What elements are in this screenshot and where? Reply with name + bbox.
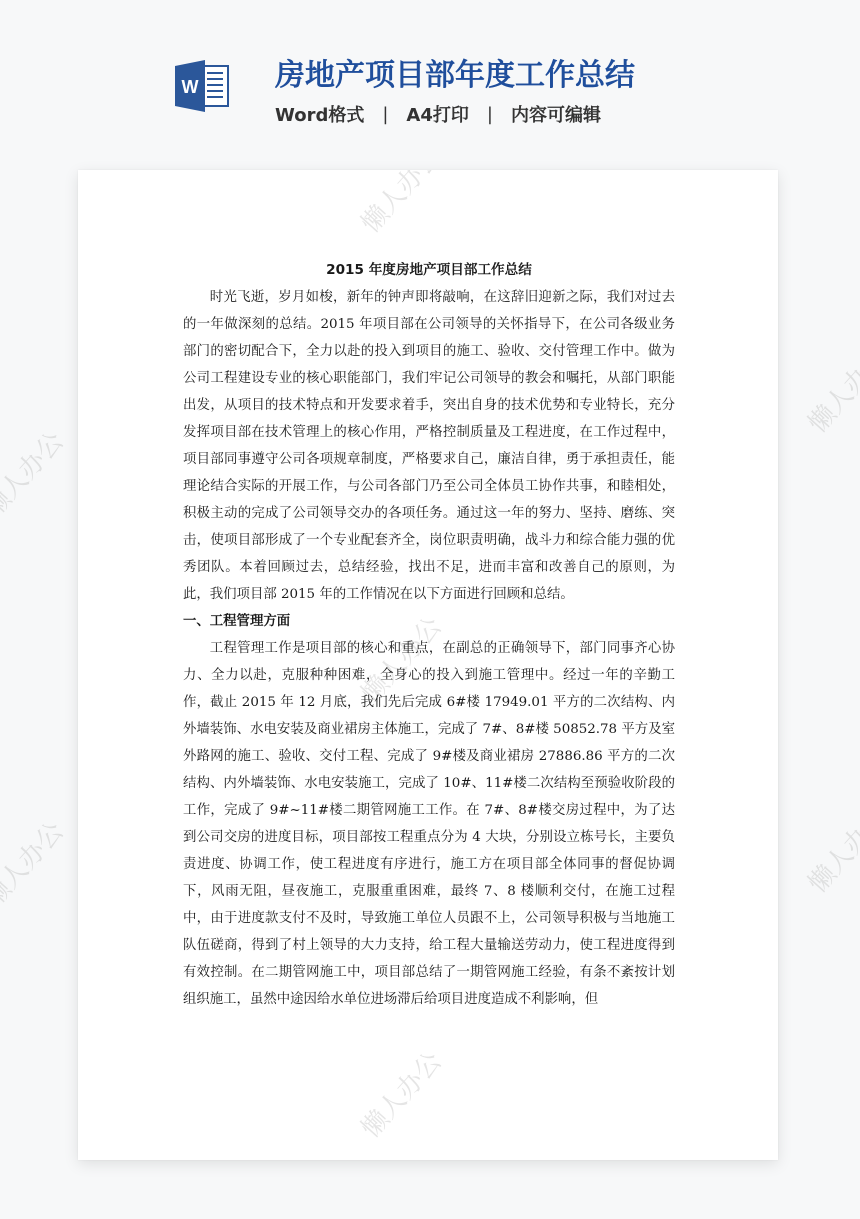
feature-word-format: Word格式 [275, 101, 364, 127]
watermark: 懒人办公 [798, 337, 860, 439]
watermark: 懒人办公 [798, 797, 860, 899]
svg-text:W: W [182, 77, 199, 97]
feature-list: Word格式 | A4打印 | 内容可编辑 [275, 101, 601, 127]
watermark: 懒人办公 [351, 170, 448, 240]
document-body: 2015 年度房地产项目部工作总结 时光飞逝，岁月如梭，新年的钟声即将敲响，在这… [183, 258, 675, 1013]
document-page: 懒人办公 懒人办公 懒人办公 2015 年度房地产项目部工作总结 时光飞逝，岁月… [78, 170, 778, 1160]
watermark: 懒人办公 [0, 812, 71, 914]
page-title: 房地产项目部年度工作总结 [275, 50, 635, 94]
intro-paragraph: 时光飞逝，岁月如梭，新年的钟声即将敲响，在这辞旧迎新之际，我们对过去的一年做深刻… [183, 284, 675, 608]
watermark: 懒人办公 [351, 1042, 448, 1144]
document-heading: 2015 年度房地产项目部工作总结 [183, 258, 675, 282]
feature-a4-print: A4打印 [406, 101, 468, 127]
watermark: 懒人办公 [0, 422, 71, 524]
section-paragraph: 工程管理工作是项目部的核心和重点，在副总的正确领导下，部门同事齐心协力、全力以赴… [183, 635, 675, 1013]
section-heading: 一、工程管理方面 [183, 608, 675, 635]
feature-editable: 内容可编辑 [511, 101, 601, 127]
word-icon: W [175, 60, 230, 112]
separator: | [382, 104, 388, 125]
header-banner: W 房地产项目部年度工作总结 Word格式 | A4打印 | 内容可编辑 [0, 0, 860, 160]
separator: | [487, 104, 493, 125]
